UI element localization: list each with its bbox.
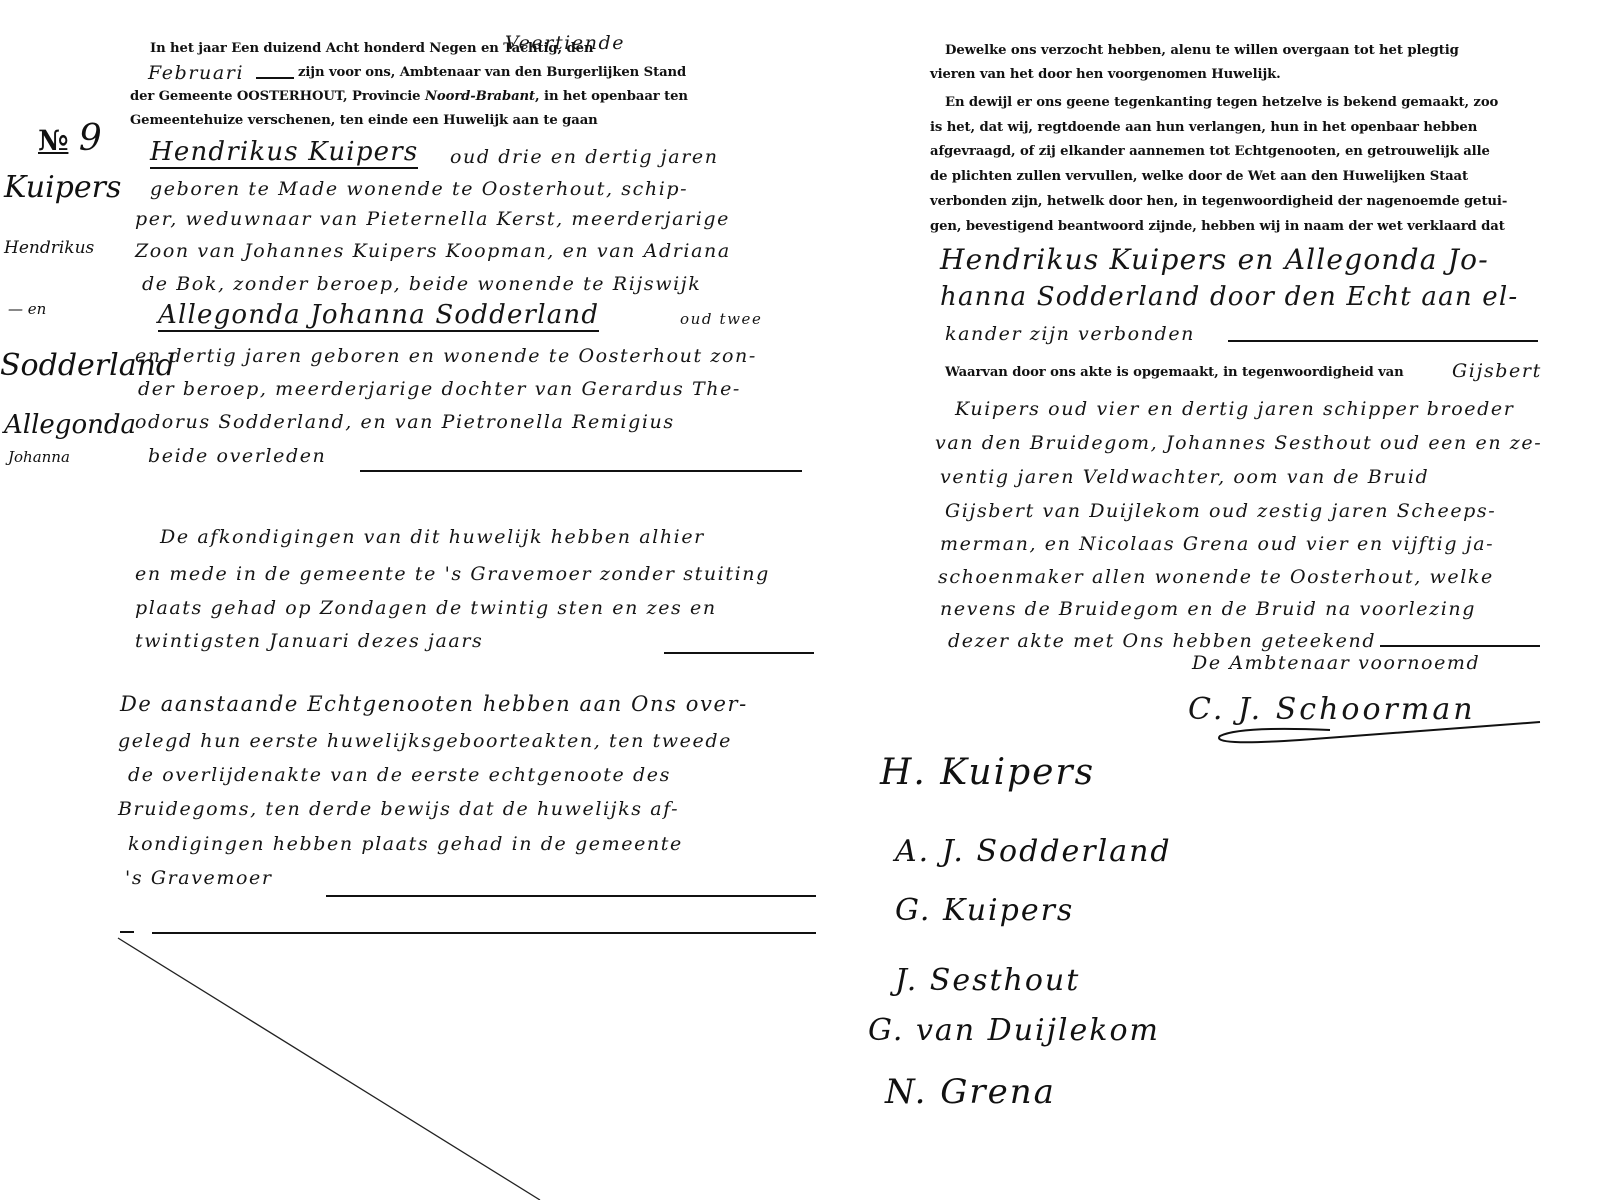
witness-line-6: nevens de Bruidegom en de Bruid na voorl… [940, 598, 1476, 620]
declaration-line-2: kander zijn verbonden [945, 323, 1195, 345]
printed-line-4: Gemeentehuize verschenen, ten einde een … [130, 110, 598, 131]
municipality-text: der Gemeente OOSTERHOUT, Provincie [130, 89, 425, 104]
proclamation-line-3: twintigsten Januari dezes jaars [135, 630, 483, 652]
documents-line-4: kondigingen hebben plaats gehad in de ge… [128, 833, 683, 855]
signature-witness-3: G. van Duijlekom [868, 1013, 1160, 1048]
groom-name: Hendrikus Kuipers [150, 137, 418, 169]
printed-line-r6: verbonden zijn, hetwelk door hen, in teg… [930, 191, 1507, 212]
printed-line-3-suffix: , in het openbaar ten [535, 89, 688, 104]
signature-witness-1: G. Kuipers [895, 893, 1074, 928]
act-number-value: 9 [79, 118, 102, 159]
printed-line-r4: afgevraagd, of zij elkander aannemen tot… [930, 141, 1490, 162]
declaration-line-1: hanna Sodderland door den Echt aan el- [940, 282, 1518, 312]
signature-witness-2: J. Sesthout [895, 963, 1080, 998]
signature-flourish [1130, 700, 1550, 760]
official-title: De Ambtenaar voornoemd [1192, 652, 1480, 674]
documents-line-2: de overlijdenakte van de eerste echtgeno… [128, 764, 671, 786]
witness-line-1: van den Bruidegom, Johannes Sesthout oud… [935, 432, 1542, 454]
declaration-line-0: Hendrikus Kuipers en Allegonda Jo- [940, 243, 1489, 276]
bride-line-3: odorus Sodderland, en van Pietronella Re… [135, 411, 675, 433]
printed-line-2: zijn voor ons, Ambtenaar van den Burgerl… [298, 62, 686, 83]
bride-name: Allegonda Johanna Sodderland [158, 300, 599, 332]
witness-line-3: Gijsbert van Duijlekom oud zestig jaren … [945, 500, 1496, 522]
act-number-label: № [38, 124, 68, 157]
proclamation-line-1: en mede in de gemeente te 's Gravemoer z… [135, 563, 770, 585]
margin-note-and: — en [8, 300, 46, 318]
documents-line-3: Bruidegoms, ten derde bewijs dat de huwe… [118, 798, 679, 820]
groom-line-0: oud drie en dertig jaren [450, 146, 719, 168]
proclamation-line-2: plaats gehad op Zondagen de twintig sten… [135, 597, 717, 619]
margin-note-surname-groom: Kuipers [4, 170, 121, 205]
printed-line-r3: is het, dat wij, regtdoende aan hun verl… [930, 117, 1477, 138]
witness-line-7: dezer akte met Ons hebben geteekend [948, 630, 1376, 652]
bride-line-0: oud twee [680, 310, 762, 328]
documents-line-5: 's Gravemoer [125, 867, 273, 889]
proclamation-line-0: De afkondigingen van dit huwelijk hebben… [160, 526, 705, 548]
printed-line-r1: vieren van het door hen voorgenomen Huwe… [930, 64, 1281, 85]
witness-line-5: schoenmaker allen wonende te Oosterhout,… [938, 566, 1494, 588]
witness-line-0: Kuipers oud vier en dertig jaren schippe… [955, 398, 1514, 420]
witness-intro: Waarvan door ons akte is opgemaakt, in t… [945, 362, 1404, 383]
printed-line-r2: En dewijl er ons geene tegenkanting tege… [945, 92, 1498, 113]
province: Noord-Brabant [425, 89, 535, 104]
documents-line-0: De aanstaande Echtgenooten hebben aan On… [120, 692, 748, 716]
day-handwritten: Veertiende [505, 32, 625, 54]
printed-line-3: der Gemeente OOSTERHOUT, Provincie Noord… [130, 86, 688, 107]
groom-line-1: geboren te Made wonende te Oosterhout, s… [150, 178, 688, 200]
act-number: № 9 [38, 118, 102, 159]
signature-bride: A. J. Sodderland [895, 834, 1172, 869]
bride-line-2: der beroep, meerderjarige dochter van Ge… [138, 378, 741, 400]
bride-line-4: beide overleden [148, 445, 326, 467]
witness-line-4: merman, en Nicolaas Grena oud vier en vi… [940, 533, 1494, 555]
witness-line-2: ventig jaren Veldwachter, oom van de Bru… [940, 466, 1429, 488]
groom-line-4: de Bok, zonder beroep, beide wonende te … [142, 273, 701, 295]
groom-line-3: Zoon van Johannes Kuipers Koopman, en va… [135, 240, 731, 262]
printed-line-r5: de plichten zullen vervullen, welke door… [930, 166, 1468, 187]
documents-line-1: gelegd hun eerste huwelijksgeboorteakten… [118, 730, 732, 752]
printed-line-r0: Dewelke ons verzocht hebben, alenu te wi… [945, 40, 1459, 61]
signature-witness-4: N. Grena [885, 1072, 1056, 1112]
signature-groom: H. Kuipers [880, 752, 1095, 793]
month-handwritten: Februari [148, 62, 244, 84]
groom-line-2: per, weduwnaar van Pieternella Kerst, me… [135, 208, 730, 230]
witness-first-word: Gijsbert [1452, 360, 1542, 382]
printed-line-r7: gen, bevestigend beantwoord zijnde, hebb… [930, 216, 1505, 237]
margin-note-firstname-bride: Allegonda [4, 410, 136, 440]
margin-note-firstname-groom: Hendrikus [4, 238, 94, 258]
margin-note-secondname-bride: Johanna [8, 448, 70, 466]
bride-line-1: en dertig jaren geboren en wonende te Oo… [135, 345, 757, 367]
